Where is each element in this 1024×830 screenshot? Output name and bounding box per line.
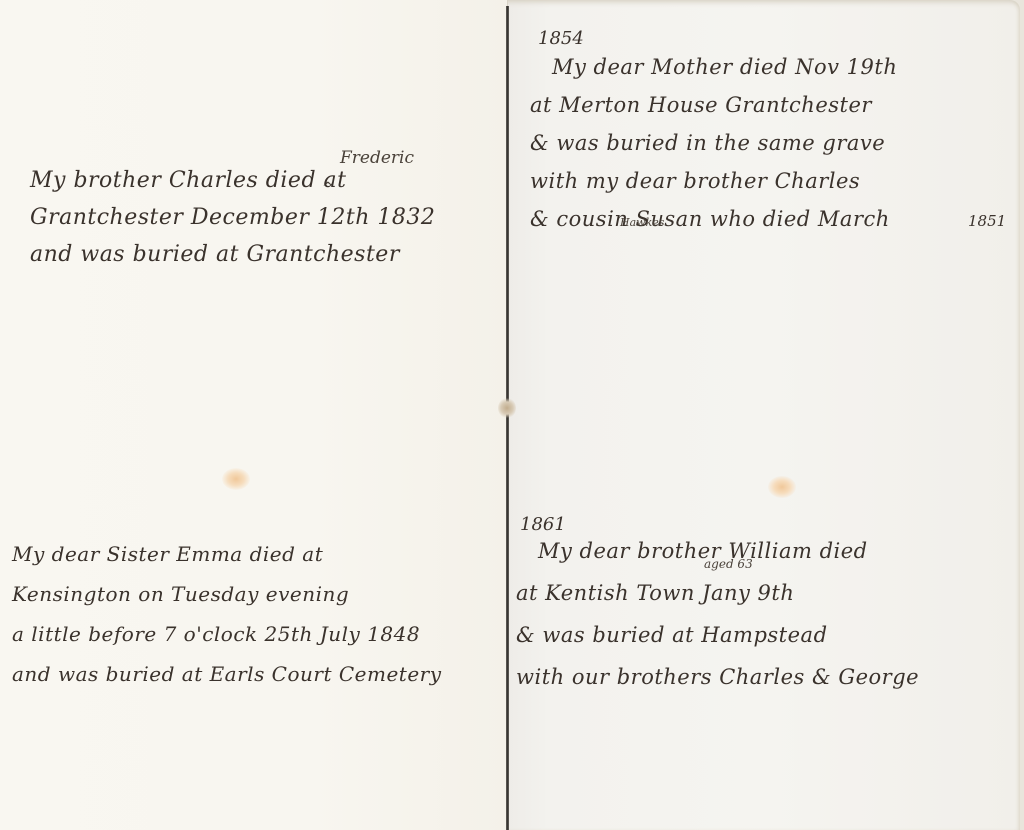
right-page: 1854 My dear Mother died Nov 19th at Mer…	[508, 0, 1020, 830]
entry-william: My dear brother William died at Kentish …	[516, 530, 919, 698]
entry-line: My dear brother William died	[516, 530, 919, 572]
entry-line: & was buried at Hampstead	[516, 614, 919, 656]
entry-line: with our brothers Charles & George	[516, 656, 919, 698]
entry-line: Kensington on Tuesday evening	[12, 574, 442, 614]
entry-emma: My dear Sister Emma died at Kensington o…	[12, 534, 442, 694]
entry-line: and was buried at Earls Court Cemetery	[12, 654, 442, 694]
entry-year: 1854	[538, 28, 584, 49]
binding-stitch	[498, 398, 516, 418]
entry-mother: My dear Mother died Nov 19th at Merton H…	[530, 48, 897, 238]
entry-line: with my dear brother Charles	[530, 162, 897, 200]
entry-line: My dear Mother died Nov 19th	[530, 48, 897, 86]
entry-line: at Merton House Grantchester	[530, 86, 897, 124]
entry-line: a little before 7 o'clock 25th July 1848	[12, 614, 442, 654]
foxing-stain	[222, 468, 250, 490]
open-book-spread: Frederic ^ My brother Charles died at Gr…	[0, 0, 1024, 830]
book-gutter	[506, 6, 509, 830]
insertion-hawkes: Hawkes	[620, 216, 664, 229]
entry-line: My dear Sister Emma died at	[12, 534, 442, 574]
entry-line: My brother Charles died at	[30, 162, 435, 199]
foxing-stain	[768, 476, 796, 498]
entry-line: and was buried at Grantchester	[30, 236, 435, 273]
entry-line: & was buried in the same grave	[530, 124, 897, 162]
entry-line: Grantchester December 12th 1832	[30, 199, 435, 236]
entry-line: at Kentish Town Jany 9th	[516, 572, 919, 614]
entry-line: & cousin Susan who died March	[530, 200, 897, 238]
left-page: Frederic ^ My brother Charles died at Gr…	[0, 0, 508, 830]
entry-charles: My brother Charles died at Grantchester …	[30, 162, 435, 273]
margin-year: 1851	[968, 212, 1006, 230]
